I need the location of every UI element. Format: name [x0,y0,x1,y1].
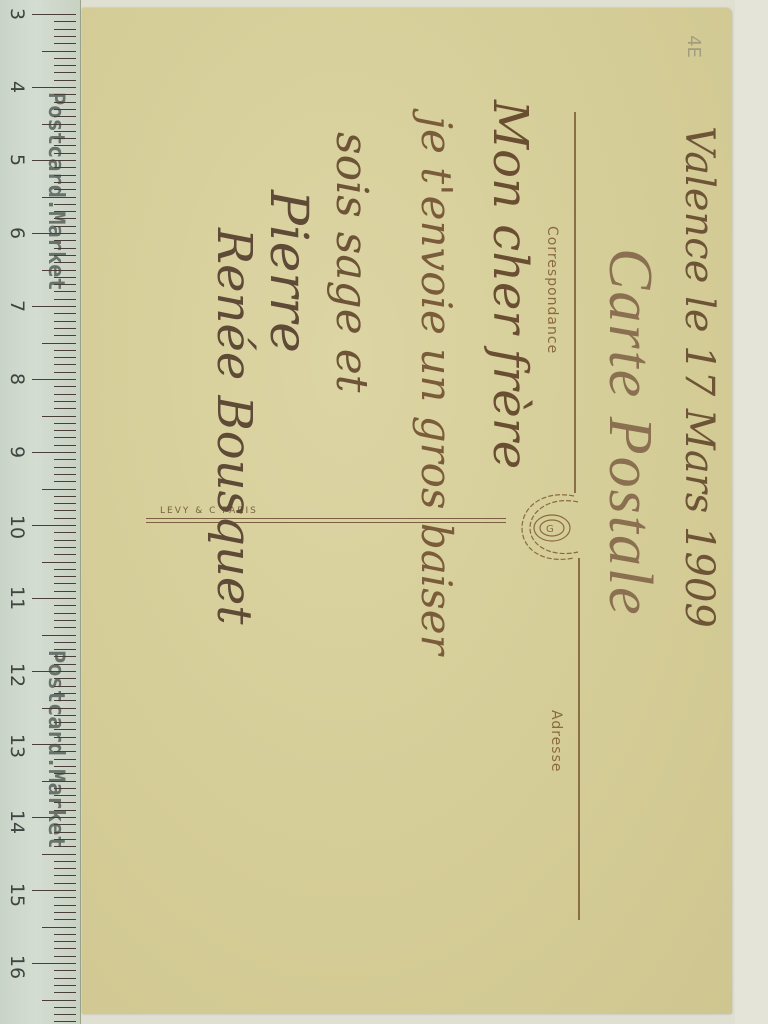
ruler-tick [54,941,76,942]
ruler-tick [54,474,76,475]
ruler-tick [54,248,76,249]
ruler-tick [54,693,76,694]
ruler-number: 11 [6,585,28,611]
ruler-tick [54,445,76,446]
ruler-tick [32,306,76,307]
ruler-tick [54,605,76,606]
ruler-tick [54,36,76,37]
ruler-tick [54,810,76,811]
ruler-tick [42,854,76,855]
ruler-tick [54,773,76,774]
ruler-tick [32,598,76,599]
ruler-tick [54,153,76,154]
ruler-tick [54,934,76,935]
medallion-emblem-icon: G [514,488,586,566]
ruler-tick [54,978,76,979]
ruler-tick [32,817,76,818]
ruler-tick [54,262,76,263]
ruler-tick [54,321,76,322]
ruler-tick [54,145,76,146]
ruler-tick [42,781,76,782]
ruler-tick [54,80,76,81]
ruler-number: 3 [6,1,28,27]
ruler-tick [54,277,76,278]
ruler-tick [54,299,76,300]
card-title: Carte Postale [594,248,665,617]
ruler-tick [54,715,76,716]
ruler-tick [54,795,76,796]
ruler-tick [32,744,76,745]
ruler-tick [54,883,76,884]
ruler-tick [42,270,76,271]
ruler-tick [32,87,76,88]
ruler-tick [54,204,76,205]
ruler-tick [32,379,76,380]
ruler-tick [54,1021,76,1022]
ruler-tick [54,722,76,723]
ruler-tick [54,912,76,913]
ruler-tick [32,963,76,964]
ruler-tick [42,489,76,490]
ruler-tick [32,671,76,672]
ruler-tick [54,467,76,468]
divider-line-bottom [578,558,580,920]
ruler-tick [42,927,76,928]
ruler-tick [54,919,76,920]
ruler-tick [54,437,76,438]
ruler-number: 10 [6,514,28,540]
ruler-tick [54,102,76,103]
ruler-tick [54,408,76,409]
ruler-tick [54,218,76,219]
ruler-tick [54,350,76,351]
ruler-tick [32,233,76,234]
ruler-tick [54,759,76,760]
ruler-tick [42,708,76,709]
ruler-tick [54,291,76,292]
ruler-tick [54,357,76,358]
ruler-brand-bottom: Postcard.Market [40,650,68,849]
ruler-tick [54,868,76,869]
ruler-tick [54,284,76,285]
ruler-number: 9 [6,439,28,465]
ruler-tick [54,832,76,833]
ruler-tick [54,678,76,679]
ruler-tick [54,503,76,504]
ruler-tick [54,138,76,139]
ruler-tick [54,700,76,701]
divider-line-top [574,112,576,493]
ruler-tick [54,970,76,971]
ruler-tick [54,839,76,840]
ruler-tick [54,905,76,906]
ruler-tick [54,591,76,592]
ruler-tick [54,211,76,212]
ruler-tick [54,788,76,789]
ruler-tick [54,72,76,73]
postcard-back: 4E Valence le 17 Mars 1909 Carte Postale… [82,8,732,1014]
ruler-tick [42,635,76,636]
ruler-tick [54,182,76,183]
ruler-brand-top: Postcard.Market [40,92,68,291]
ruler-tick [54,627,76,628]
ruler-tick [54,569,76,570]
ruler-tick [54,729,76,730]
ruler-tick [42,343,76,344]
ruler-tick [42,562,76,563]
ruler-number: 6 [6,220,28,246]
ruler-tick [54,240,76,241]
ruler-tick [32,14,76,15]
ruler-tick [54,94,76,95]
ruler-number: 5 [6,147,28,173]
ruler-number: 12 [6,662,28,688]
ruler-number: 7 [6,293,28,319]
ruler-tick [54,751,76,752]
ruler-tick [54,576,76,577]
ruler-tick [54,423,76,424]
ruler-tick [32,890,76,891]
ruler-tick [54,386,76,387]
ruler-tick [54,58,76,59]
ruler-tick [54,613,76,614]
ruler-tick [54,642,76,643]
ruler-tick [54,401,76,402]
ruler-tick [54,802,76,803]
ruler-tick [54,328,76,329]
ruler-tick [54,875,76,876]
ruler-tick [54,255,76,256]
ruler-tick [54,459,76,460]
ruler-tick [54,394,76,395]
ruler-number: 13 [6,733,28,759]
handwritten-line-2: je t'envoie un gros baiser [412,116,461,655]
ruler-tick [54,956,76,957]
ruler-tick [54,116,76,117]
ruler-tick [54,430,76,431]
ruler-tick [54,510,76,511]
ruler-tick [54,335,76,336]
ruler-tick [32,525,76,526]
ruler-tick [54,518,76,519]
ruler-tick [54,992,76,993]
ruler-tick [54,532,76,533]
ruler-number: 16 [6,954,28,980]
ruler-tick [54,861,76,862]
ruler-tick [54,846,76,847]
ruler-tick [54,824,76,825]
ruler-tick [54,540,76,541]
ruler-tick [54,65,76,66]
ruler-tick [54,29,76,30]
ruler-tick [54,897,76,898]
ruler-tick [54,364,76,365]
ruler-tick [54,226,76,227]
ruler-tick [54,985,76,986]
ruler-tick [54,167,76,168]
ruler-tick [54,175,76,176]
ruler-tick [42,197,76,198]
ruler-tick [54,43,76,44]
measuring-ruler: Postcard.Market Postcard.Market 34567891… [0,0,81,1024]
correspondence-label: Correspondance [544,226,560,354]
ruler-tick [32,160,76,161]
ruler-tick [54,737,76,738]
ruler-tick [42,51,76,52]
address-label: Adresse [548,710,564,772]
ruler-tick [54,496,76,497]
ruler-tick [54,1007,76,1008]
ruler-tick [54,948,76,949]
ruler-tick [54,583,76,584]
ruler-number: 4 [6,74,28,100]
ruler-tick [42,416,76,417]
ruler-tick [54,313,76,314]
handwritten-line-3: sois sage et [326,132,377,392]
handwritten-line-1: Mon cher frère [482,100,538,469]
pencil-inventory-mark: 4E [683,35,704,58]
ruler-tick [54,372,76,373]
handwritten-dateline: Valence le 17 Mars 1909 [676,126,722,628]
ruler-number: 15 [6,882,28,908]
ruler-tick [54,656,76,657]
ruler-tick [54,21,76,22]
ruler-tick [54,131,76,132]
ruler-tick [54,664,76,665]
ruler-tick [54,554,76,555]
ruler-tick [54,109,76,110]
ruler-tick [54,1014,76,1015]
svg-text:G: G [546,524,554,535]
ruler-tick [54,547,76,548]
ruler-number: 14 [6,809,28,835]
ruler-tick [54,686,76,687]
ruler-tick [54,481,76,482]
ruler-tick [54,189,76,190]
ruler-number: 8 [6,366,28,392]
ruler-tick [54,620,76,621]
ruler-tick [32,452,76,453]
handwritten-line-4: Pierre [258,190,318,353]
ruler-tick [42,124,76,125]
ruler-tick [42,1000,76,1001]
handwritten-signature: Renée Bousquet [206,228,262,625]
ruler-tick [54,649,76,650]
background-surface [735,0,768,1024]
ruler-tick [54,766,76,767]
